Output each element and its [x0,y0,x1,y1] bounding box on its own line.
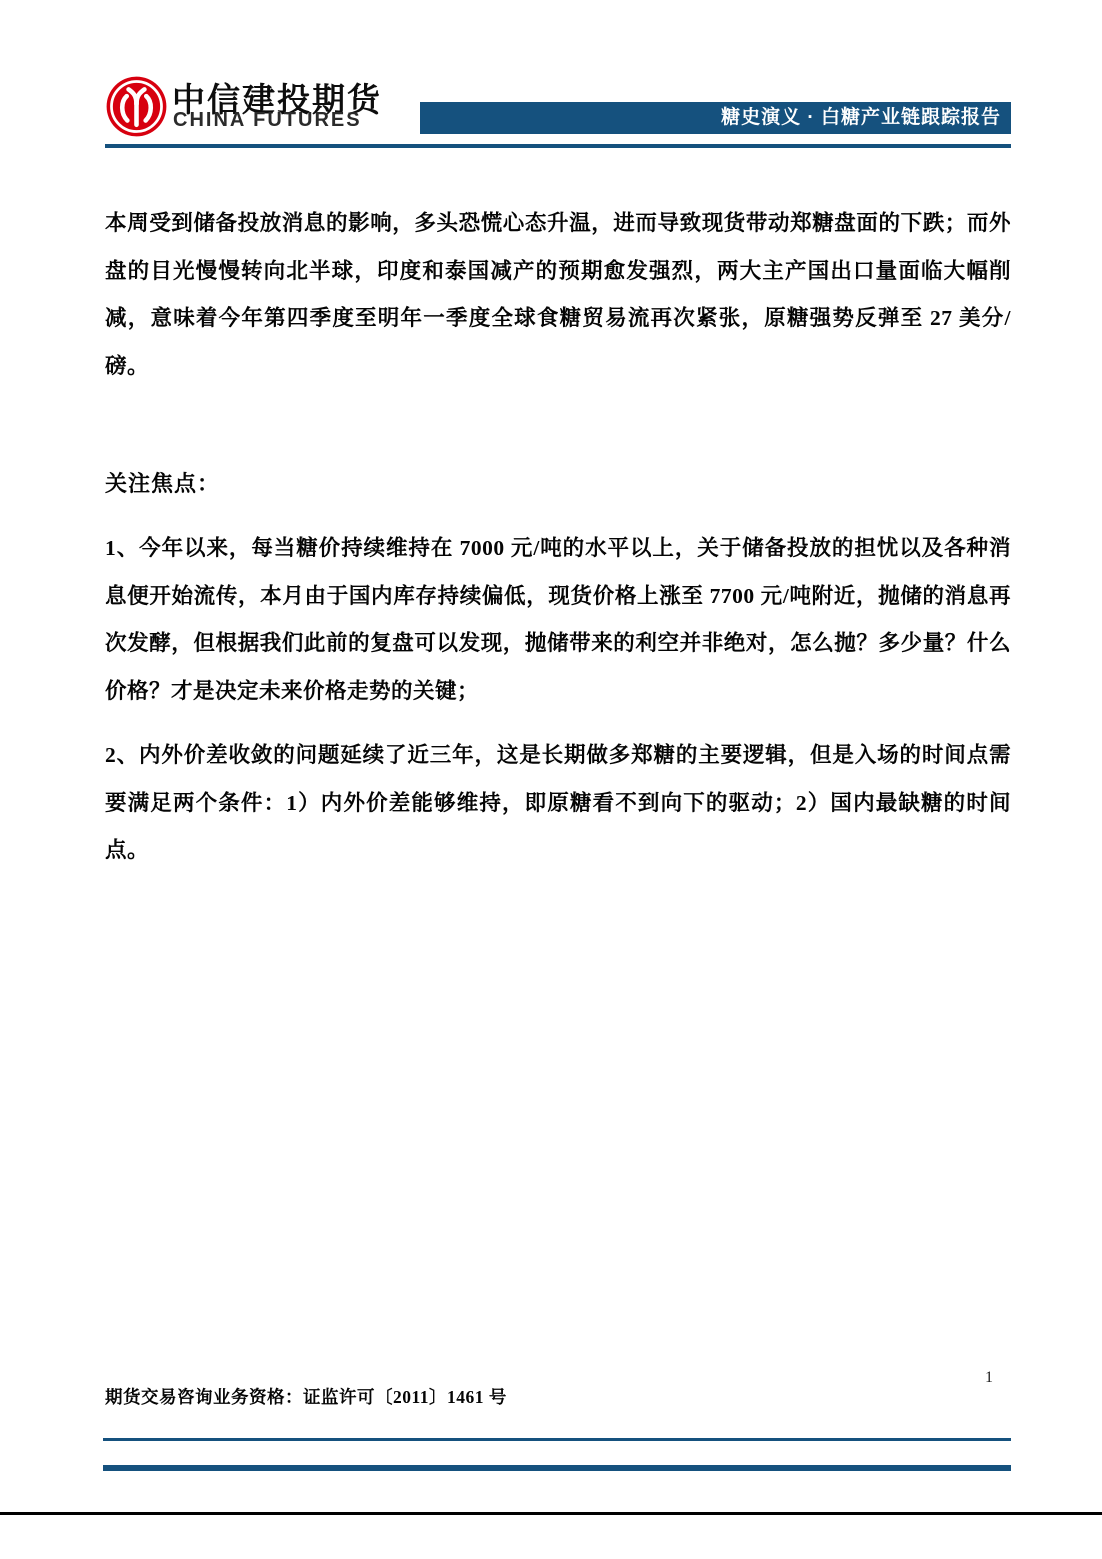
focus-point-2: 2、内外价差收敛的问题延续了近三年，这是长期做多郑糖的主要逻辑，但是入场的时间点… [105,732,1011,875]
footer-rule-thin [103,1438,1011,1441]
header-rule [105,144,1011,148]
company-name-en: CHINA FUTURES [173,109,362,132]
qualification-text: 期货交易咨询业务资格：证监许可〔2011〕1461 号 [105,1384,507,1409]
report-page: 中信建投期货 CHINA FUTURES 糖史演义 · 白糖产业链跟踪报告 本周… [0,0,1102,1559]
focus-point-1: 1、今年以来，每当糖价持续维持在 7000 元/吨的水平以上，关于储备投放的担忧… [105,525,1011,715]
footer-rule-thick [103,1465,1011,1471]
focus-heading: 关注焦点： [105,460,220,508]
citic-emblem-icon [106,76,167,137]
bottom-border-rule [0,1512,1102,1515]
page-number: 1 [985,1369,993,1387]
report-series-banner: 糖史演义 · 白糖产业链跟踪报告 [420,102,1011,134]
summary-paragraph: 本周受到储备投放消息的影响，多头恐慌心态升温，进而导致现货带动郑糖盘面的下跌；而… [105,200,1011,390]
